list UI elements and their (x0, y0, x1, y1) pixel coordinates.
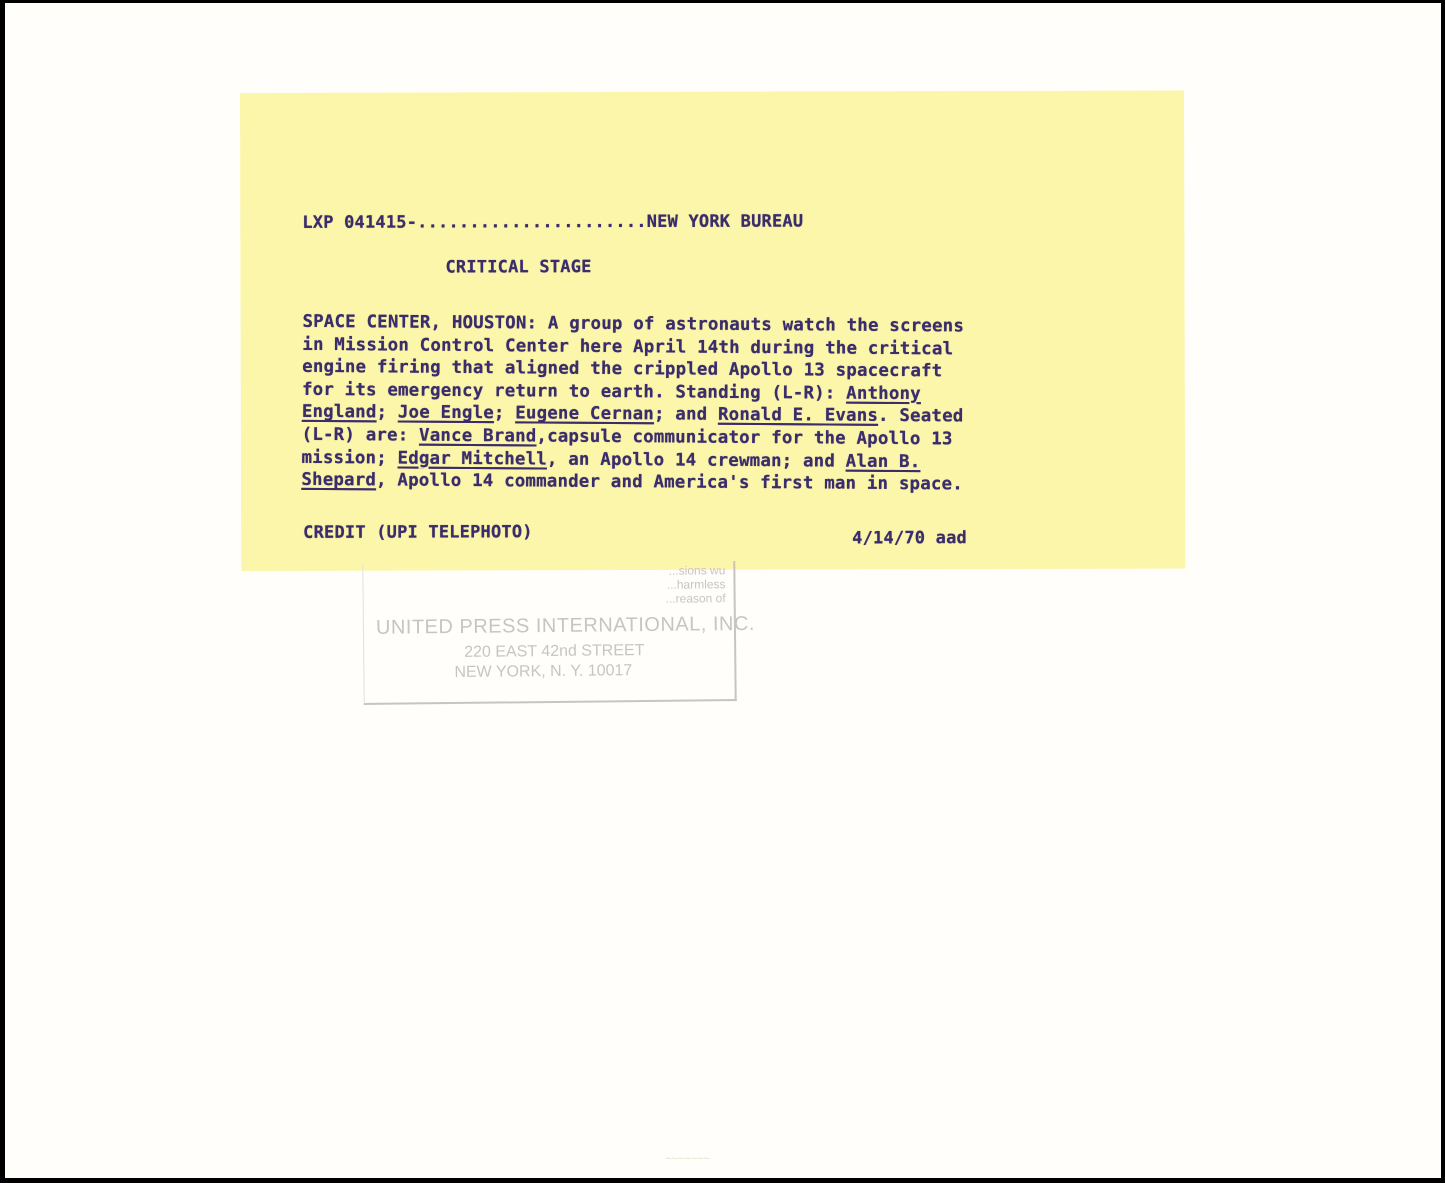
underlined-name: Eugene Cernan (515, 404, 654, 425)
slug-id: LXP 041415- (302, 213, 417, 233)
underlined-name: England (302, 402, 377, 423)
caption-text: ; (376, 403, 397, 423)
headline: CRITICAL STAGE (445, 257, 591, 277)
bureau: NEW YORK BUREAU (647, 212, 804, 232)
caption-text: , Apollo 14 commander and America's firs… (376, 471, 963, 495)
caption-text: , an Apollo 14 crewman; and (547, 449, 846, 471)
caption-slip: LXP 041415-......................NEW YOR… (240, 91, 1185, 571)
caption-text: (L-R) are: (302, 425, 420, 446)
caption-text: in Mission Control Center here April 14t… (302, 334, 953, 359)
stamp-company: UNITED PRESS INTERNATIONAL, INC. (376, 613, 755, 640)
caption-text: for its emergency return to earth. Stand… (302, 380, 846, 404)
agency-stamp: ...sions wu...harmless...reason of UNITE… (362, 561, 736, 705)
caption-text: SPACE CENTER, HOUSTON: A group of astron… (302, 312, 964, 337)
underlined-name: Shepard (301, 470, 376, 491)
underlined-name: Vance Brand (419, 426, 537, 447)
underlined-name: Anthony (846, 383, 921, 404)
stamp-address-line2: NEW YORK, N. Y. 10017 (454, 662, 632, 682)
caption-text: engine firing that aligned the crippled … (302, 357, 942, 381)
slug-line: LXP 041415-......................NEW YOR… (302, 212, 803, 233)
stamp-fine-line: ...harmless (665, 577, 725, 592)
caption-text: ; and (654, 405, 718, 425)
underlined-name: Edgar Mitchell (398, 448, 548, 469)
underlined-name: Alan B. (846, 451, 921, 472)
photo-back-page: LXP 041415-......................NEW YOR… (5, 3, 1441, 1178)
stamp-address-line1: 220 EAST 42nd STREET (464, 642, 644, 662)
caption-line: Shepard, Apollo 14 commander and America… (301, 469, 963, 496)
photo-credit: CREDIT (UPI TELEPHOTO) (303, 522, 533, 543)
underlined-name: Ronald E. Evans (718, 405, 878, 426)
stamp-fine-print: ...sions wu...harmless...reason of (665, 563, 725, 606)
stamp-fine-line: ...sions wu (665, 563, 725, 578)
leader-dots: ...................... (417, 212, 647, 233)
caption-body: SPACE CENTER, HOUSTON: A group of astron… (301, 311, 964, 496)
caption-text: ; (494, 404, 515, 424)
caption-text: mission; (301, 447, 397, 468)
faint-back-mark: ~~~~~~~ (665, 1153, 710, 1165)
stamp-fine-line: ...reason of (666, 591, 726, 606)
underlined-name: Joe Engle (398, 403, 494, 424)
dateline: 4/14/70 aad (852, 528, 967, 548)
caption-text: . Seated (878, 406, 964, 427)
caption-text: ,capsule communicator for the Apollo 13 (536, 426, 952, 449)
